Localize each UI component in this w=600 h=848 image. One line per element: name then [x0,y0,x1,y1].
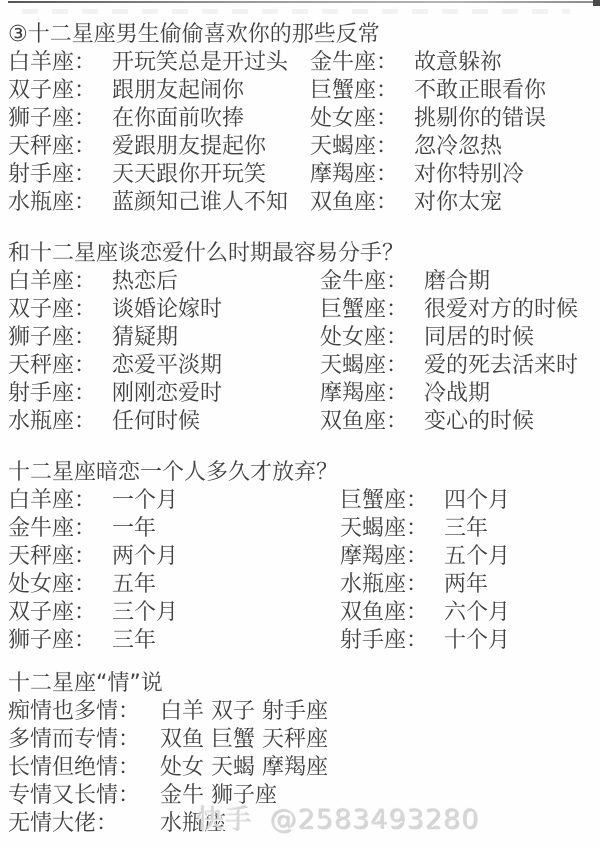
zodiac-row: 双子座：谈婚论嫁时巨蟹座：很爱对方的时候 [8,296,600,324]
zodiac-row: 狮子座：三年射手座：十个月 [8,627,600,655]
zodiac-value: 两年 [444,571,488,599]
zodiac-value: 任何时候 [112,408,200,436]
zodiac-name-label: 天蝎座： [340,515,444,543]
section-3: 十二星座暗恋一个人多久才放弃？白羊座：一个月巨蟹座：四个月金牛座：一年天蝎座：三… [8,459,600,655]
zodiac-name-label: 白羊座： [8,49,112,77]
right-entry: 金牛座：磨合期 [320,268,490,296]
zodiac-value: 冷战期 [424,380,490,408]
right-entry: 巨蟹座：不敢正眼看你 [310,77,546,105]
zodiac-value: 很爱对方的时候 [424,296,578,324]
zodiac-row: 双子座：三个月双鱼座：六个月 [8,599,600,627]
zodiac-row: 专情又长情：金牛 狮子座 [8,782,600,810]
section-title: ③十二星座男生偷偷喜欢你的那些反常 [8,21,600,49]
left-entry: 射手座：刚刚恋爱时 [8,380,320,408]
zodiac-row: 射手座：天天跟你开玩笑摩羯座：对你特别冷 [8,161,600,189]
zodiac-name-label: 射手座： [340,627,444,655]
zodiac-value: 金牛 狮子座 [160,782,277,810]
zodiac-row: 天秤座：爱跟朋友提起你天蝎座：忽冷忽热 [8,133,600,161]
zodiac-name-label: 金牛座： [320,268,424,296]
zodiac-value: 十个月 [444,627,510,655]
zodiac-value: 磨合期 [424,268,490,296]
zodiac-row: 金牛座：一年天蝎座：三年 [8,515,600,543]
zodiac-name-label: 白羊座： [8,487,112,515]
right-entry: 双鱼座：对你太宠 [310,189,502,217]
left-entry: 射手座：天天跟你开玩笑 [8,161,310,189]
left-entry: 天秤座：爱跟朋友提起你 [8,133,310,161]
zodiac-value: 白羊 双子 射手座 [160,698,328,726]
zodiac-name-label: 双鱼座： [310,189,414,217]
left-entry: 处女座：五年 [8,571,340,599]
right-entry: 天蝎座：三年 [340,515,488,543]
zodiac-value: 爱跟朋友提起你 [112,133,266,161]
zodiac-name-label: 巨蟹座： [320,296,424,324]
zodiac-value: 不敢正眼看你 [414,77,546,105]
top-crop-corner-mark [593,0,600,6]
left-entry: 水瓶座：蓝颜知己谁人不知 [8,189,310,217]
zodiac-name-label: 处女座： [8,571,112,599]
zodiac-text-image: ③十二星座男生偷偷喜欢你的那些反常白羊座：开玩笑总是开过头金牛座：故意躲祢双子座… [0,0,600,848]
zodiac-value: 处女 天蝎 摩羯座 [160,754,328,782]
left-entry: 双子座：谈婚论嫁时 [8,296,320,324]
zodiac-row: 双子座：跟朋友起闹你巨蟹座：不敢正眼看你 [8,77,600,105]
left-entry: 双子座：三个月 [8,599,340,627]
zodiac-row: 天秤座：两个月摩羯座：五个月 [8,543,600,571]
right-entry: 双鱼座：变心的时候 [320,408,534,436]
cropped-text-remnant [22,9,570,14]
zodiac-value: 同居的时候 [424,324,534,352]
zodiac-name-label: 水瓶座： [8,189,112,217]
zodiac-value: 蓝颜知己谁人不知 [112,189,288,217]
zodiac-name-label: 白羊座： [8,268,112,296]
right-entry: 射手座：十个月 [340,627,510,655]
zodiac-value: 水瓶座 [160,810,226,838]
zodiac-name-label: 处女座： [320,324,424,352]
zodiac-row: 水瓶座：蓝颜知己谁人不知双鱼座：对你太宠 [8,189,600,217]
zodiac-value: 五个月 [444,543,510,571]
right-entry: 摩羯座：五个月 [340,543,510,571]
section-title: 和十二星座谈恋爱什么时期最容易分手？ [8,240,600,268]
zodiac-row: 痴情也多情：白羊 双子 射手座 [8,698,600,726]
zodiac-value: 双鱼 巨蟹 天秤座 [160,726,328,754]
left-entry: 双子座：跟朋友起闹你 [8,77,310,105]
right-entry: 金牛座：故意躲祢 [310,49,502,77]
zodiac-name-label: 天蝎座： [310,133,414,161]
zodiac-row: 狮子座：猜疑期处女座：同居的时候 [8,324,600,352]
right-entry: 天蝎座：爱的死去活来时 [320,352,578,380]
section-1: ③十二星座男生偷偷喜欢你的那些反常白羊座：开玩笑总是开过头金牛座：故意躲祢双子座… [8,21,600,217]
zodiac-row: 狮子座：在你面前吹捧处女座：挑剔你的错误 [8,105,600,133]
zodiac-value: 忽冷忽热 [414,133,502,161]
zodiac-name-label: 处女座： [310,105,414,133]
zodiac-value: 一年 [112,515,156,543]
zodiac-row: 处女座：五年水瓶座：两年 [8,571,600,599]
zodiac-name-label: 双子座： [8,296,112,324]
zodiac-row: 无情大佬：水瓶座 [8,810,600,838]
zodiac-name-label: 水瓶座： [340,571,444,599]
zodiac-name-label: 摩羯座： [320,380,424,408]
zodiac-name-label: 天蝎座： [320,352,424,380]
zodiac-name-label: 狮子座： [8,324,112,352]
trait-label: 专情又长情： [8,782,160,810]
zodiac-name-label: 双鱼座： [320,408,424,436]
left-entry: 水瓶座：任何时候 [8,408,320,436]
zodiac-name-label: 天秤座： [8,133,112,161]
trait-label: 长情但绝情： [8,754,160,782]
zodiac-value: 猜疑期 [112,324,178,352]
right-entry: 双鱼座：六个月 [340,599,510,627]
left-entry: 狮子座：猜疑期 [8,324,320,352]
zodiac-value: 三年 [444,515,488,543]
zodiac-value: 热恋后 [112,268,178,296]
zodiac-value: 故意躲祢 [414,49,502,77]
right-entry: 处女座：同居的时候 [320,324,534,352]
trait-label: 无情大佬： [8,810,160,838]
section-2: 和十二星座谈恋爱什么时期最容易分手？白羊座：热恋后金牛座：磨合期双子座：谈婚论嫁… [8,240,600,436]
right-entry: 巨蟹座：很爱对方的时候 [320,296,578,324]
zodiac-row: 白羊座：开玩笑总是开过头金牛座：故意躲祢 [8,49,600,77]
zodiac-value: 一个月 [112,487,178,515]
zodiac-value: 六个月 [444,599,510,627]
zodiac-value: 变心的时候 [424,408,534,436]
zodiac-name-label: 双子座： [8,77,112,105]
zodiac-name-label: 狮子座： [8,627,112,655]
zodiac-row: 多情而专情：双鱼 巨蟹 天秤座 [8,726,600,754]
right-entry: 天蝎座：忽冷忽热 [310,133,502,161]
zodiac-value: 在你面前吹捧 [112,105,244,133]
zodiac-value: 谈婚论嫁时 [112,296,222,324]
zodiac-value: 对你太宠 [414,189,502,217]
zodiac-name-label: 射手座： [8,161,112,189]
trait-label: 痴情也多情： [8,698,160,726]
zodiac-value: 跟朋友起闹你 [112,77,244,105]
zodiac-value: 两个月 [112,543,178,571]
left-entry: 狮子座：三年 [8,627,340,655]
zodiac-value: 五年 [112,571,156,599]
right-entry: 摩羯座：冷战期 [320,380,490,408]
left-entry: 金牛座：一年 [8,515,340,543]
left-entry: 天秤座：两个月 [8,543,340,571]
zodiac-row: 长情但绝情：处女 天蝎 摩羯座 [8,754,600,782]
zodiac-value: 爱的死去活来时 [424,352,578,380]
zodiac-value: 天天跟你开玩笑 [112,161,266,189]
zodiac-name-label: 天秤座： [8,352,112,380]
zodiac-value: 开玩笑总是开过头 [112,49,288,77]
right-entry: 巨蟹座：四个月 [340,487,510,515]
zodiac-value: 挑剔你的错误 [414,105,546,133]
section-title: 十二星座暗恋一个人多久才放弃？ [8,459,600,487]
top-crop-line [8,1,600,3]
zodiac-name-label: 巨蟹座： [340,487,444,515]
zodiac-name-label: 金牛座： [8,515,112,543]
left-entry: 白羊座：热恋后 [8,268,320,296]
right-entry: 摩羯座：对你特别冷 [310,161,524,189]
left-entry: 白羊座：开玩笑总是开过头 [8,49,310,77]
zodiac-value: 刚刚恋爱时 [112,380,222,408]
zodiac-name-label: 狮子座： [8,105,112,133]
zodiac-name-label: 双鱼座： [340,599,444,627]
right-entry: 水瓶座：两年 [340,571,488,599]
zodiac-value: 三年 [112,627,156,655]
trait-label: 多情而专情： [8,726,160,754]
zodiac-row: 白羊座：热恋后金牛座：磨合期 [8,268,600,296]
zodiac-name-label: 巨蟹座： [310,77,414,105]
right-entry: 处女座：挑剔你的错误 [310,105,546,133]
zodiac-name-label: 射手座： [8,380,112,408]
content-area: ③十二星座男生偷偷喜欢你的那些反常白羊座：开玩笑总是开过头金牛座：故意躲祢双子座… [8,21,600,838]
zodiac-name-label: 摩羯座： [340,543,444,571]
zodiac-row: 水瓶座：任何时候双鱼座：变心的时候 [8,408,600,436]
zodiac-value: 三个月 [112,599,178,627]
zodiac-value: 四个月 [444,487,510,515]
section-4: 十二星座“情”说痴情也多情：白羊 双子 射手座多情而专情：双鱼 巨蟹 天秤座长情… [8,670,600,838]
zodiac-name-label: 天秤座： [8,543,112,571]
zodiac-value: 恋爱平淡期 [112,352,222,380]
left-entry: 狮子座：在你面前吹捧 [8,105,310,133]
zodiac-name-label: 金牛座： [310,49,414,77]
section-title: 十二星座“情”说 [8,670,600,698]
zodiac-row: 白羊座：一个月巨蟹座：四个月 [8,487,600,515]
zodiac-value: 对你特别冷 [414,161,524,189]
left-entry: 白羊座：一个月 [8,487,340,515]
zodiac-row: 射手座：刚刚恋爱时摩羯座：冷战期 [8,380,600,408]
zodiac-name-label: 摩羯座： [310,161,414,189]
zodiac-row: 天秤座：恋爱平淡期天蝎座：爱的死去活来时 [8,352,600,380]
zodiac-name-label: 水瓶座： [8,408,112,436]
zodiac-name-label: 双子座： [8,599,112,627]
left-entry: 天秤座：恋爱平淡期 [8,352,320,380]
